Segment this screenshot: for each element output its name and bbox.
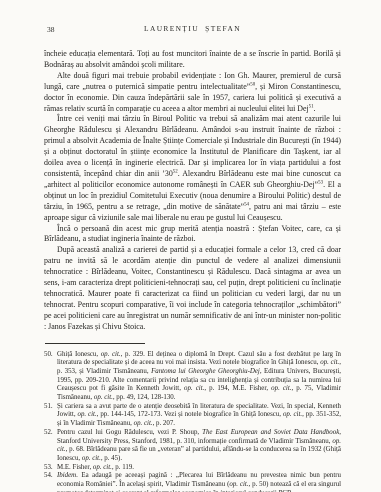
footnote-number: 51. [44,403,57,429]
body-paragraph: încheie educația elementară. Toți au fos… [44,49,341,71]
italic-text: op. cit. [134,420,153,427]
running-header: LAURENȚIU ȘTEFAN [44,24,341,33]
footnote: 51.Și cariera sa a avut parte de o atenț… [44,403,341,429]
text-run: După această analiză a carierei de parti… [44,245,341,330]
text-run: , p. 194, M.E. Fisher, [204,385,271,392]
footnote-number: 54. [44,472,57,492]
italic-text: op. cit. [78,411,97,418]
footnote: 54.Ibidem. Ea adaugă pe aceeași pagină :… [44,472,341,492]
italic-text: op. cit. [184,385,204,392]
body-paragraph: După această analiză a carierei de parti… [44,245,341,332]
italic-text: op. cit. [94,394,113,401]
footnote-text: Și cariera sa a avut parte de o atenție … [57,403,341,429]
italic-text: op. cit. [93,464,112,471]
footnote: 50.Ghiță Ionescu, op. cit., p. 329. El d… [44,351,341,403]
book-page: 38 LAURENȚIU ȘTEFAN încheie educația ele… [0,0,381,492]
footnote-separator [45,343,145,344]
footnote-text: Ghiță Ionescu, op. cit., p. 329. El deți… [57,351,341,403]
italic-text: The East European and Soviet Data Handbo… [202,429,339,436]
body-paragraph: Între cei veniți mai târziu în Biroul Po… [44,114,341,223]
italic-text: op. cit. [320,359,339,366]
text-run: Ghiță Ionescu, [57,351,101,358]
footnote-number: 53. [44,464,57,473]
text-run: încheie educația elementară. Toți au fos… [44,49,341,69]
text-run: , p. 207. [153,420,175,427]
text-run: Încă o persoană din acest mic grup merit… [44,224,341,244]
italic-text: op. cit. [101,351,121,358]
footnote-text: Ibidem. Ea adaugă pe aceeași pagină : „P… [57,472,341,492]
text-run: , p. 45). [101,455,122,462]
text-run: , p. 119. [112,464,134,471]
body-paragraph: Încă o persoană din acest mic grup merit… [44,224,341,246]
footnote: 52.Pentru cazul lui Gogu Rădulescu, vezi… [44,429,341,464]
footnote-text: Pentru cazul lui Gogu Rădulescu, vezi P.… [57,429,341,464]
italic-text: Fantoma lui Gheorghe Gheorghiu-Dej [151,368,260,375]
footnote-number: 52. [44,429,57,464]
footnote-number: 50. [44,351,57,403]
footnote-text: M.E. Fisher, op. cit., p. 119. [57,464,341,473]
page-header: 38 LAURENȚIU ȘTEFAN [44,24,341,36]
text-run: , pp. 49, 124, 128-130. [113,394,176,401]
footnotes-list: 50.Ghiță Ionescu, op. cit., p. 329. El d… [44,351,341,492]
italic-text: op. cit. [283,411,302,418]
italic-text: op. cit. [271,385,291,392]
page-number: 38 [47,25,55,34]
italic-text: op. cit. [82,455,101,462]
italic-text: Ibidem [57,472,76,479]
footnote: 53.M.E. Fisher, op. cit., p. 119. [44,464,341,473]
text-run: . [314,104,316,113]
italic-text: op. cit. [229,481,248,488]
body-text: încheie educația elementară. Toți au fos… [44,49,341,333]
text-run: M.E. Fisher, [57,464,93,471]
body-paragraph: Alte două figuri mai trebuie probabil ev… [44,71,341,115]
text-run: Pentru cazul lui Gogu Rădulescu, vezi P.… [57,429,202,436]
text-run: , pp. 144-145, 172-173. Vezi și notele b… [97,411,283,418]
